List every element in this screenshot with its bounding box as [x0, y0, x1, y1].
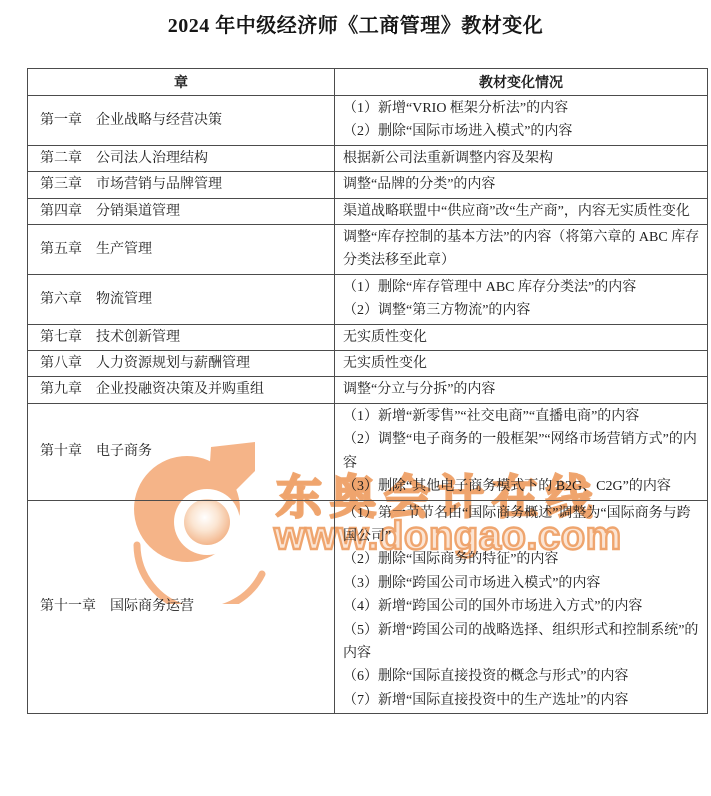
chapter-title: 分销渠道管理: [96, 204, 180, 219]
chapter-title: 国际商务运营: [110, 599, 194, 614]
change-item: 无实质性变化: [343, 326, 703, 349]
chapter-cell: 第五章生产管理: [28, 225, 335, 275]
table-row: 第一章企业战略与经营决策 （1）新增“VRIO 框架分析法”的内容（2）删除“国…: [28, 96, 708, 146]
change-item: 调整“库存控制的基本方法”的内容（将第六章的 ABC 库存分类法移至此章）: [343, 226, 703, 273]
changes-cell: （1）删除“库存管理中 ABC 库存分类法”的内容（2）调整“第三方物流”的内容: [335, 274, 708, 324]
changes-cell: 无实质性变化: [335, 324, 708, 350]
chapter-number: 第十章: [40, 444, 82, 459]
chapter-cell: 第八章人力资源规划与薪酬管理: [28, 351, 335, 377]
chapter-number: 第七章: [40, 330, 82, 345]
chapter-number: 第八章: [40, 356, 82, 371]
chapter-cell: 第四章分销渠道管理: [28, 198, 335, 224]
changes-cell: （1）新增“新零售”“社交电商”“直播电商”的内容（2）调整“电子商务的一般框架…: [335, 403, 708, 500]
chapter-title: 公司法人治理结构: [96, 151, 208, 166]
chapter-cell: 第二章公司法人治理结构: [28, 145, 335, 171]
chapter-title: 企业战略与经营决策: [96, 113, 222, 128]
chapter-cell: 第九章企业投融资决策及并购重组: [28, 377, 335, 403]
chapter-title: 人力资源规划与薪酬管理: [96, 356, 250, 371]
changes-cell: （1）第一节节名由“国际商务概述”调整为“国际商务与跨国公司”（2）删除“国际商…: [335, 500, 708, 714]
change-item: （4）新增“跨国公司的国外市场进入方式”的内容: [343, 595, 703, 618]
change-item: （1）删除“库存管理中 ABC 库存分类法”的内容: [343, 276, 703, 299]
table-row: 第二章公司法人治理结构 根据新公司法重新调整内容及架构: [28, 145, 708, 171]
table-row: 第三章市场营销与品牌管理 调整“品牌的分类”的内容: [28, 172, 708, 198]
chapter-number: 第二章: [40, 151, 82, 166]
chapter-cell: 第十一章国际商务运营: [28, 500, 335, 714]
table-row: 第五章生产管理 调整“库存控制的基本方法”的内容（将第六章的 ABC 库存分类法…: [28, 225, 708, 275]
chapter-title: 企业投融资决策及并购重组: [96, 382, 264, 397]
changes-cell: 调整“库存控制的基本方法”的内容（将第六章的 ABC 库存分类法移至此章）: [335, 225, 708, 275]
chapter-cell: 第六章物流管理: [28, 274, 335, 324]
table-row: 第四章分销渠道管理 渠道战略联盟中“供应商”改“生产商”，内容无实质性变化: [28, 198, 708, 224]
change-item: （7）新增“国际直接投资中的生产选址”的内容: [343, 689, 703, 712]
change-item: （1）新增“新零售”“社交电商”“直播电商”的内容: [343, 405, 703, 428]
chapter-title: 市场营销与品牌管理: [96, 177, 222, 192]
chapter-cell: 第十章电子商务: [28, 403, 335, 500]
chapter-number: 第五章: [40, 242, 82, 257]
page-title: 2024 年中级经济师《工商管理》教材变化: [0, 9, 711, 38]
change-item: （2）调整“第三方物流”的内容: [343, 299, 703, 322]
change-item: （5）新增“跨国公司的战略选择、组织形式和控制系统”的内容: [343, 619, 703, 666]
column-header-changes: 教材变化情况: [335, 69, 708, 96]
change-item: （6）删除“国际直接投资的概念与形式”的内容: [343, 665, 703, 688]
page: 2024 年中级经济师《工商管理》教材变化 东奥会计在线 www.dongao.…: [0, 0, 711, 796]
chapter-number: 第六章: [40, 292, 82, 307]
changes-cell: 渠道战略联盟中“供应商”改“生产商”，内容无实质性变化: [335, 198, 708, 224]
table-row: 第十章电子商务 （1）新增“新零售”“社交电商”“直播电商”的内容（2）调整“电…: [28, 403, 708, 500]
change-item: （1）新增“VRIO 框架分析法”的内容: [343, 97, 703, 120]
chapter-cell: 第七章技术创新管理: [28, 324, 335, 350]
changes-cell: 根据新公司法重新调整内容及架构: [335, 145, 708, 171]
table-row: 第七章技术创新管理 无实质性变化: [28, 324, 708, 350]
change-item: （3）删除“其他电子商务模式下的 B2G、C2G”的内容: [343, 475, 703, 498]
change-item: 根据新公司法重新调整内容及架构: [343, 147, 703, 170]
change-item: 渠道战略联盟中“供应商”改“生产商”，内容无实质性变化: [343, 200, 703, 223]
changes-cell: 无实质性变化: [335, 351, 708, 377]
chapter-title: 电子商务: [96, 444, 152, 459]
column-header-chapter: 章: [28, 69, 335, 96]
table-row: 第六章物流管理 （1）删除“库存管理中 ABC 库存分类法”的内容（2）调整“第…: [28, 274, 708, 324]
changes-cell: 调整“品牌的分类”的内容: [335, 172, 708, 198]
table-row: 第八章人力资源规划与薪酬管理 无实质性变化: [28, 351, 708, 377]
change-item: （2）调整“电子商务的一般框架”“网络市场营销方式”的内容: [343, 428, 703, 475]
chapter-cell: 第一章企业战略与经营决策: [28, 96, 335, 146]
chapter-number: 第十一章: [40, 599, 96, 614]
chapter-title: 物流管理: [96, 292, 152, 307]
chapter-number: 第九章: [40, 382, 82, 397]
chapter-number: 第一章: [40, 113, 82, 128]
table-row: 第十一章国际商务运营 （1）第一节节名由“国际商务概述”调整为“国际商务与跨国公…: [28, 500, 708, 714]
chapter-title: 技术创新管理: [96, 330, 180, 345]
change-item: 无实质性变化: [343, 352, 703, 375]
changes-cell: 调整“分立与分拆”的内容: [335, 377, 708, 403]
change-item: （2）删除“国际市场进入模式”的内容: [343, 120, 703, 143]
change-item: 调整“品牌的分类”的内容: [343, 173, 703, 196]
change-item: 调整“分立与分拆”的内容: [343, 378, 703, 401]
header-row: 章 教材变化情况: [28, 69, 708, 96]
table-row: 第九章企业投融资决策及并购重组 调整“分立与分拆”的内容: [28, 377, 708, 403]
changes-cell: （1）新增“VRIO 框架分析法”的内容（2）删除“国际市场进入模式”的内容: [335, 96, 708, 146]
change-item: （2）删除“国际商务的特征”的内容: [343, 548, 703, 571]
change-item: （1）第一节节名由“国际商务概述”调整为“国际商务与跨国公司”: [343, 502, 703, 549]
chapter-number: 第三章: [40, 177, 82, 192]
chapter-cell: 第三章市场营销与品牌管理: [28, 172, 335, 198]
change-item: （3）删除“跨国公司市场进入模式”的内容: [343, 572, 703, 595]
chapter-title: 生产管理: [96, 242, 152, 257]
textbook-changes-table: 章 教材变化情况 第一章企业战略与经营决策 （1）新增“VRIO 框架分析法”的…: [27, 68, 708, 714]
chapter-number: 第四章: [40, 204, 82, 219]
